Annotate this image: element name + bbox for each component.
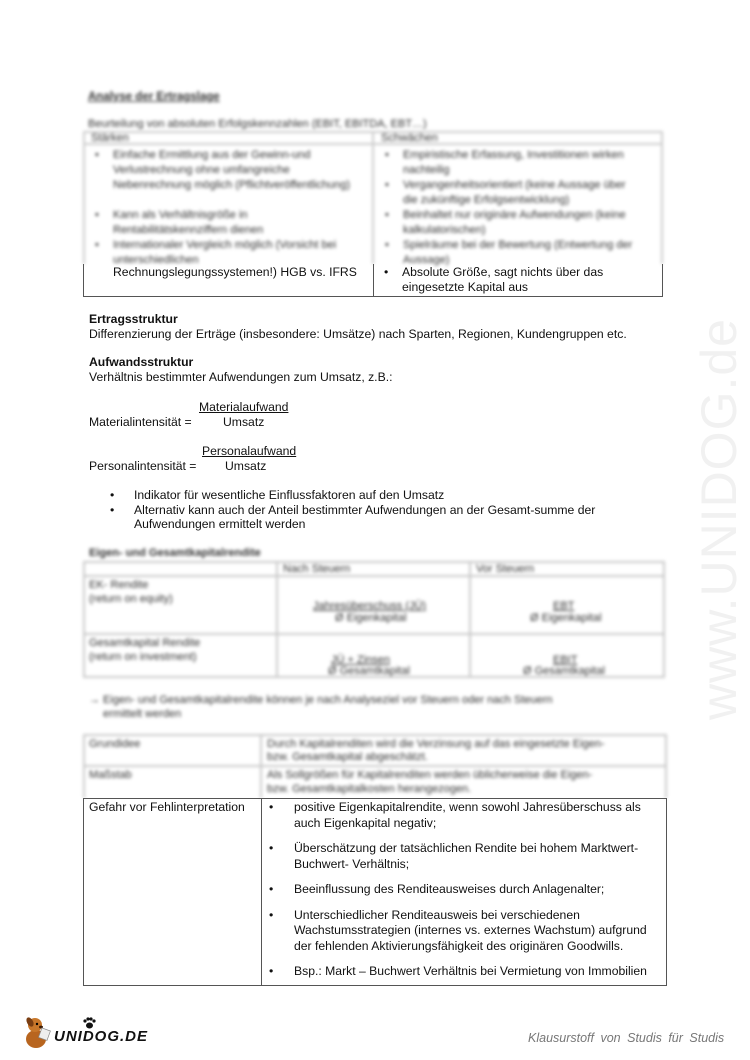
strengths-weaknesses-table-blurred: Stärken Schwächen Einfache Ermittlung au… (83, 131, 663, 264)
row-label: (return on investment) (89, 650, 197, 664)
fraction-den: Ø Eigenkapital (530, 611, 602, 625)
list-item: Bsp.: Markt – Buchwert Verhältnis bei Ve… (269, 964, 664, 980)
strength-item: Rechnungslegungssystemen!) HGB vs. IFRS (113, 265, 357, 279)
aufwandsstruktur-title: Aufwandsstruktur (89, 355, 193, 369)
weakness-item: Beinhaltet nur originäre Aufwendungen (k… (403, 208, 643, 238)
logo-text: UNIDOG.DE (54, 1028, 148, 1045)
weakness-item: Empiristische Erfassung, Investitionen w… (403, 148, 643, 178)
row-text: bzw. Gesamtkapital abgeschätzt. (267, 751, 428, 763)
list-item: Indikator für wesentliche Einflussfaktor… (110, 488, 595, 502)
list-item: Beeinflussung des Renditeausweises durch… (269, 882, 664, 898)
row-text: Durch Kapitalrenditen wird die Verzinsun… (267, 738, 605, 750)
header-before-tax: Vor Steuern (476, 562, 534, 576)
weakness-item: Absolute Größe, sagt nichts über das ein… (402, 265, 652, 295)
formula-label: Materialintensität = (89, 415, 192, 429)
fraction-den: Ø Gesamtkapital (523, 664, 605, 678)
aufwand-bullets: Indikator für wesentliche Einflussfaktor… (110, 488, 595, 531)
list-item: positive Eigenkapitalrendite, wenn sowoh… (269, 800, 664, 831)
risk-label: Gefahr vor Fehlinterpretation (89, 800, 245, 814)
formula-numerator: Materialaufwand (199, 400, 288, 414)
formula-numerator: Personalaufwand (202, 444, 296, 458)
footer-tagline: Klausurstoff von Studis für Studis (528, 1031, 724, 1045)
list-item: Überschätzung der tatsächlichen Rendite … (269, 841, 664, 872)
list-item: Unterschiedlicher Renditeausweis bei ver… (269, 908, 664, 955)
row-text: bzw. Gesamtkapitalkosten herangezogen. (267, 783, 471, 795)
bullet-dot: • (384, 265, 388, 279)
formula-denominator: Umsatz (225, 459, 266, 473)
risk-list: positive Eigenkapitalrendite, wenn sowoh… (269, 800, 664, 990)
list-item: Alternativ kann auch der Anteil bestimmt… (110, 503, 595, 531)
section-title-kapitalrendite: Eigen- und Gesamtkapitalrendite (89, 547, 261, 559)
section-subtitle: Beurteilung von absoluten Erfolgskennzah… (88, 118, 427, 130)
ertragsstruktur-title: Ertragsstruktur (89, 312, 178, 326)
watermark: www.UNIDOG.de (690, 318, 748, 720)
fehlinterpretation-table: Gefahr vor Fehlinterpretation positive E… (83, 798, 667, 986)
section-title-ertragslage: Analyse der Ertragslage (88, 91, 220, 103)
row-label: (return on equity) (89, 592, 173, 606)
unidog-logo: UNIDOG.DE (22, 1015, 162, 1051)
kapitalrendite-note: → Eigen- und Gesamtkapitalrendite können… (89, 694, 553, 706)
header-strengths: Stärken (91, 132, 129, 144)
strength-item: Kann als Verhältnisgröße in Rentabilität… (113, 208, 353, 238)
row-text: Als Sollgrößen für Kapitalrenditen werde… (267, 769, 592, 781)
row-label: Grundidee (89, 738, 140, 750)
strengths-weaknesses-table: Rechnungslegungssystemen!) HGB vs. IFRS … (83, 264, 663, 297)
kennzahlen-table-blurred: Grundidee Durch Kapitalrenditen wird die… (83, 734, 667, 798)
row-label: EK- Rendite (89, 578, 148, 592)
row-label: Maßstab (89, 769, 132, 781)
fraction-den: Ø Eigenkapital (335, 611, 407, 625)
strength-item: Einfache Ermittlung aus der Gewinn-und V… (113, 148, 353, 193)
fraction-den: Ø Gesamtkapital (328, 664, 410, 678)
kapitalrendite-note-cont: ermittelt werden (103, 708, 181, 720)
formula-label: Personalintensität = (89, 459, 196, 473)
dog-icon (22, 1015, 54, 1049)
aufwandsstruktur-text: Verhältnis bestimmter Aufwendungen zum U… (89, 370, 392, 384)
header-after-tax: Nach Steuern (283, 562, 350, 576)
formula-denominator: Umsatz (223, 415, 264, 429)
row-label: Gesamtkapital Rendite (89, 636, 200, 650)
header-weaknesses: Schwächen (381, 132, 438, 144)
ertragsstruktur-text: Differenzierung der Erträge (insbesonder… (89, 327, 627, 341)
kapitalrendite-table: Nach Steuern Vor Steuern EK- Rendite (re… (83, 561, 665, 678)
weakness-item: Vergangenheitsorientiert (keine Aussage … (403, 178, 643, 208)
